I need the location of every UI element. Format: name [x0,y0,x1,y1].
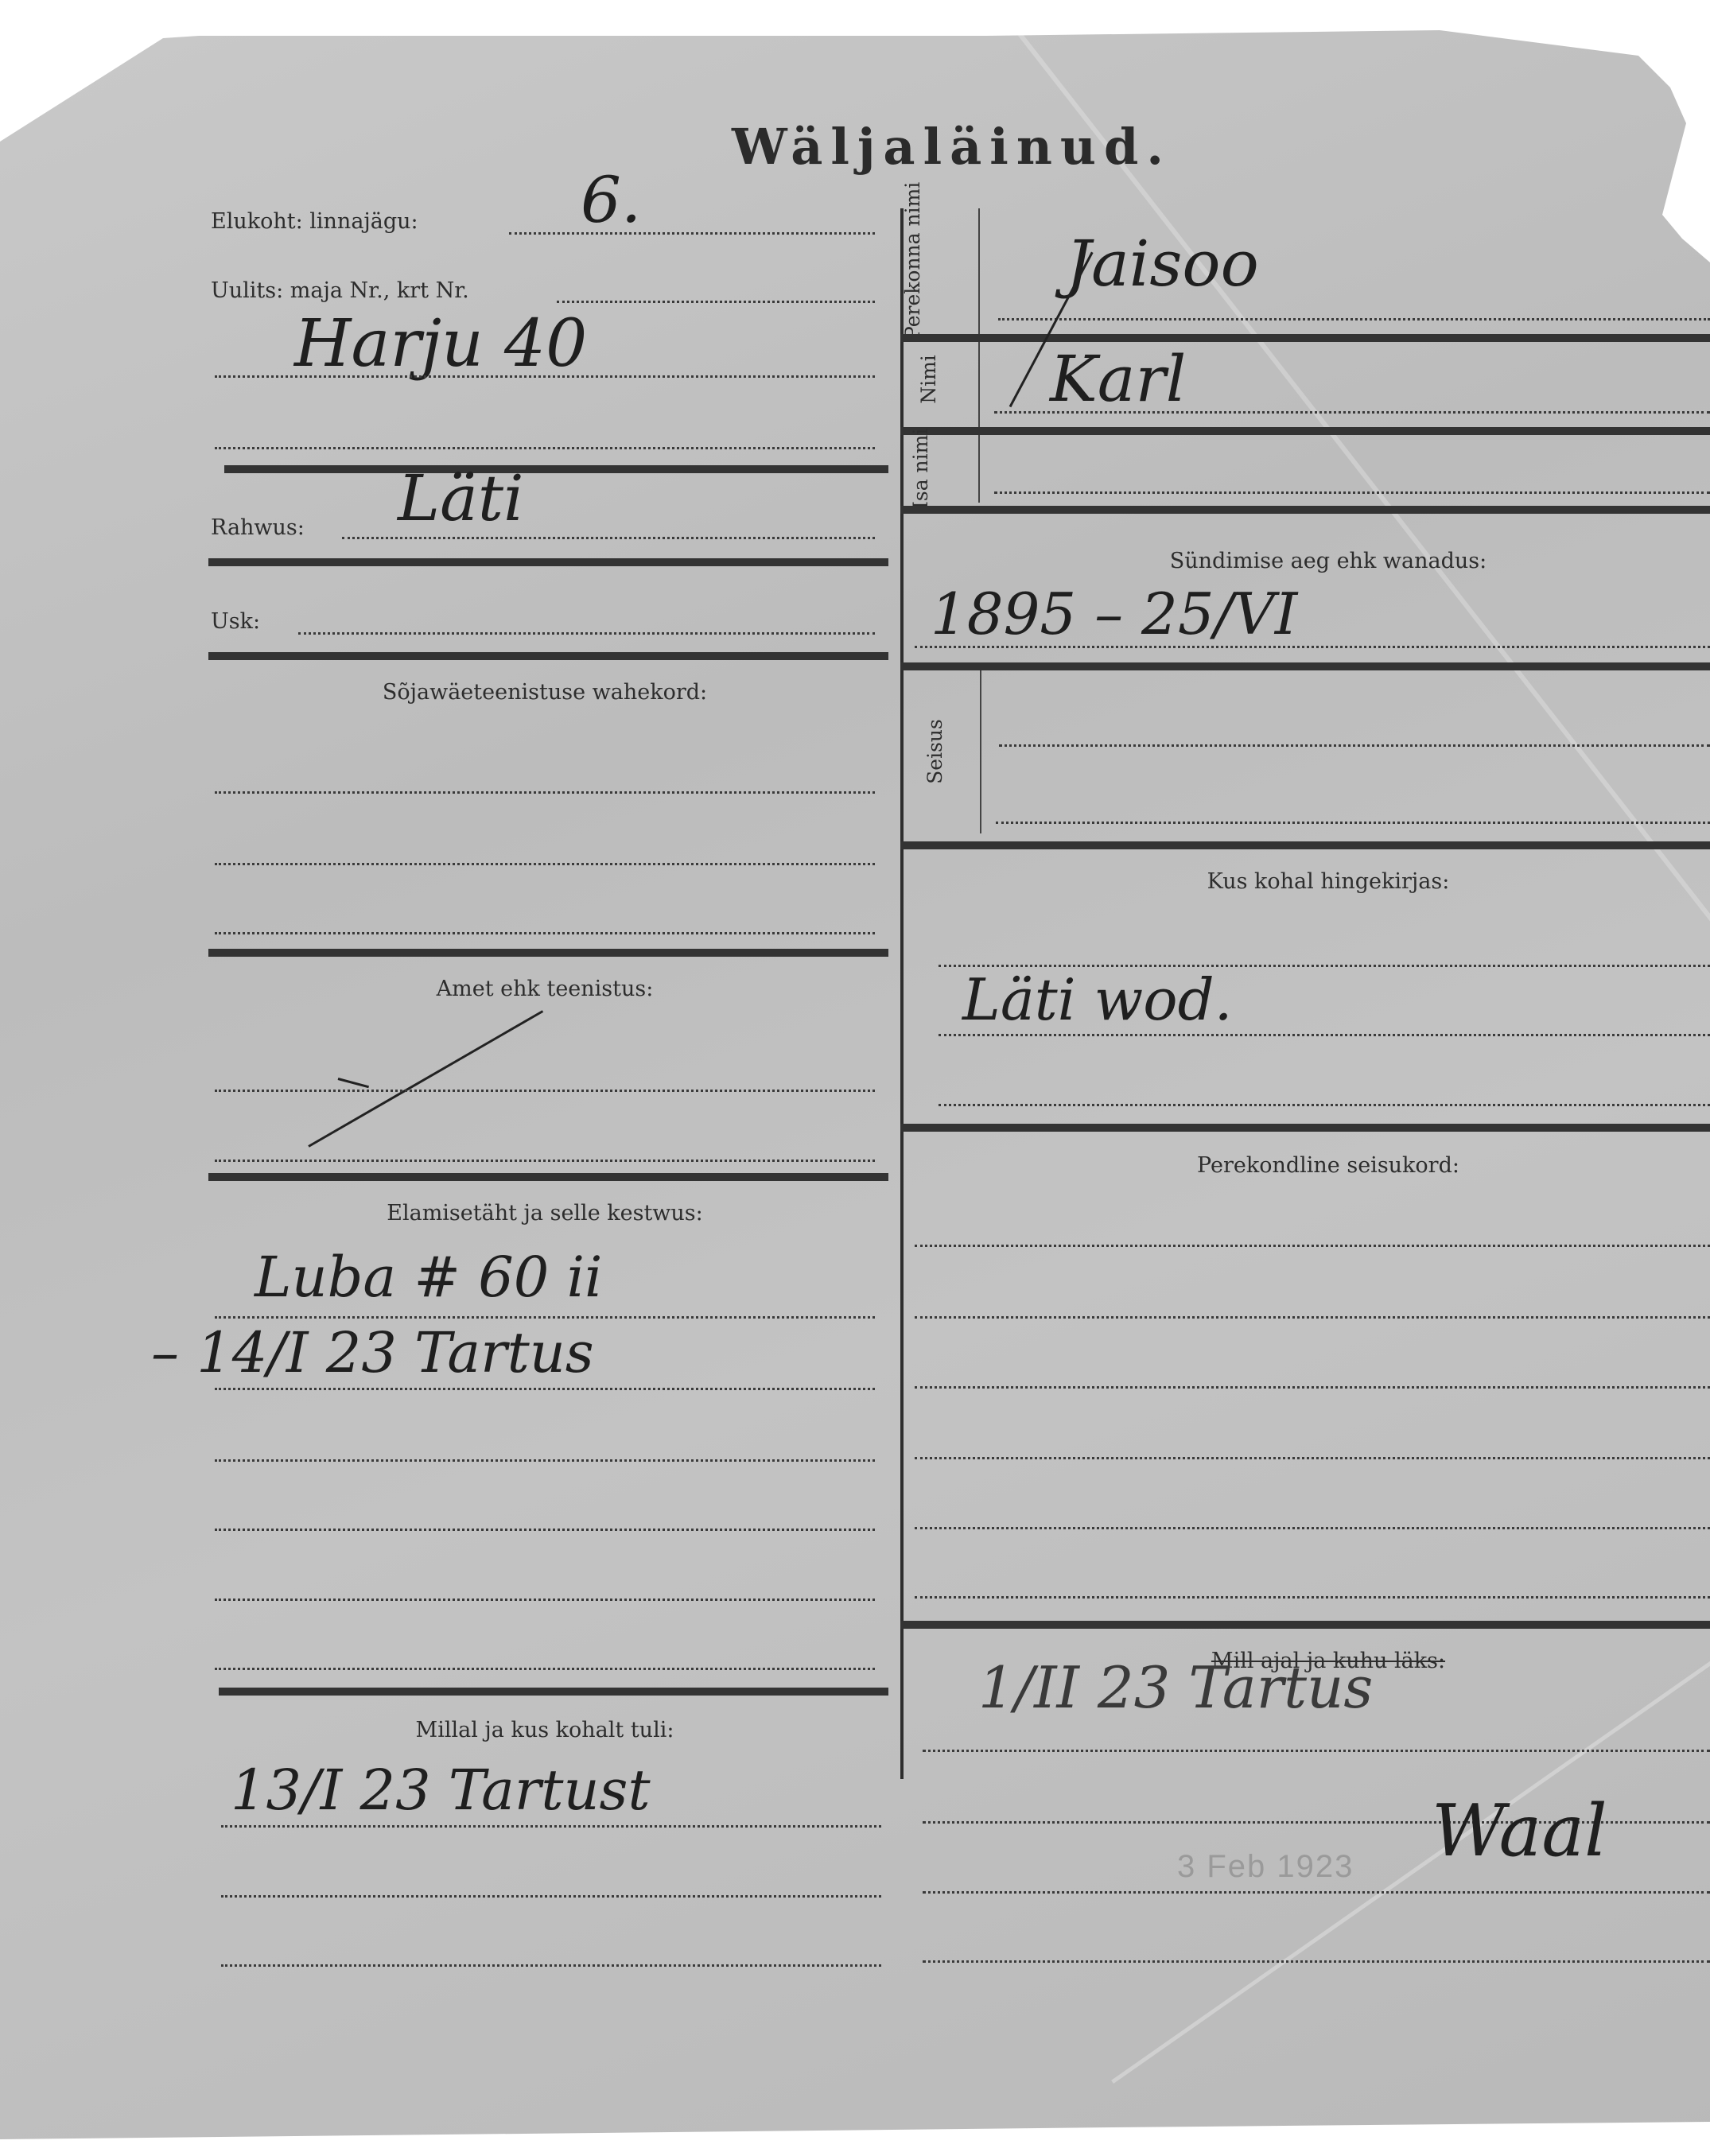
section-rule [208,558,888,566]
religion-label: Usk: [211,609,260,634]
family-line-5 [915,1527,1710,1529]
nationality-value: Läti [398,461,524,535]
father-name-line [994,491,1710,494]
residence-permit-value-1: Luba # 60 ii [255,1245,602,1310]
firstname-value: Karl [1050,342,1186,416]
military-line-2 [215,863,875,865]
label-column-divider [980,670,981,833]
street-line [557,301,875,303]
birth-line [915,646,1710,648]
registry-line-2 [939,1034,1710,1036]
surname-line [998,318,1710,320]
family-line-4 [915,1457,1710,1459]
military-label: Sõjawäeteenistuse wahekord: [215,680,875,705]
occupation-label: Amet ehk teenistus: [215,977,875,1001]
street-value: Harju 40 [294,306,587,382]
birth-value: 1895 – 25/VI [931,581,1297,647]
column-divider [900,208,904,1779]
registry-line-3 [939,1104,1710,1106]
residence-label: Elukoht: linnajägu: [211,209,418,234]
section-rule [900,1124,1710,1132]
permit-line-2 [215,1388,875,1390]
arrival-line-3 [221,1964,881,1967]
nationality-line [342,537,875,539]
section-rule [208,949,888,957]
surname-value: Jaisoo [1066,227,1259,301]
permit-line-4 [215,1529,875,1531]
family-line-6 [915,1596,1710,1599]
section-rule [900,427,1710,435]
section-rule [219,1688,888,1696]
nationality-label: Rahwus: [211,515,305,540]
father-name-label: Isa nimi [911,461,950,509]
registry-label: Kus kohal hingekirjas: [1113,869,1543,894]
religion-line [298,632,875,635]
arrival-line-2 [221,1895,881,1898]
official-signature: Waal [1432,1789,1607,1873]
occupation-line-2 [215,1160,875,1162]
family-label: Perekondline seisukord: [1113,1153,1543,1178]
residence-permit-value-2: – 14/I 23 Tartus [151,1320,594,1385]
departure-line-1 [923,1750,1710,1752]
label-column-divider [978,208,980,503]
arrival-line-1 [221,1825,881,1828]
birth-label: Sündimise aeg ehk wanadus: [1113,549,1543,573]
section-rule [224,465,888,473]
status-line-2 [996,822,1710,824]
military-line-3 [215,932,875,934]
family-line-3 [915,1386,1710,1389]
departure-value: 1/II 23 Tartus [978,1654,1373,1721]
permit-line-6 [215,1668,875,1670]
street-label: Uulits: maja Nr., krt Nr. [211,278,469,303]
occupation-line-1 [215,1090,875,1092]
arrival-value: 13/I 23 Tartust [231,1758,651,1823]
departure-line-4 [923,1960,1710,1963]
arrival-label: Millal ja kus kohalt tuli: [215,1718,875,1742]
section-rule [900,662,1710,670]
family-line-2 [915,1316,1710,1319]
residence-line [509,232,875,235]
permit-line-5 [215,1599,875,1601]
family-line-1 [915,1245,1710,1247]
departure-line-3 [923,1891,1710,1894]
status-line-1 [999,744,1710,747]
section-rule [900,841,1710,849]
permit-line-3 [215,1459,875,1462]
residence-value: 6. [581,163,641,237]
section-rule [208,652,888,660]
residence-permit-label: Elamisetäht ja selle kestwus: [215,1201,875,1226]
status-label: Seisus [925,712,949,791]
street-line-3 [215,447,875,449]
surname-label: Perekonna nimi [903,204,950,340]
permit-line-1 [215,1316,875,1319]
section-rule [900,1621,1710,1629]
registry-value: Läti wod. [962,966,1233,1033]
military-line-1 [215,791,875,794]
date-stamp: 3 Feb 1923 [1177,1849,1354,1885]
form-title: Wäljaläinud. [732,118,1172,176]
firstname-label: Nimi [919,352,942,407]
section-rule [900,506,1710,514]
street-line-2 [215,375,875,378]
firstname-line [994,411,1710,414]
section-rule [208,1173,888,1181]
section-rule [900,334,1710,342]
